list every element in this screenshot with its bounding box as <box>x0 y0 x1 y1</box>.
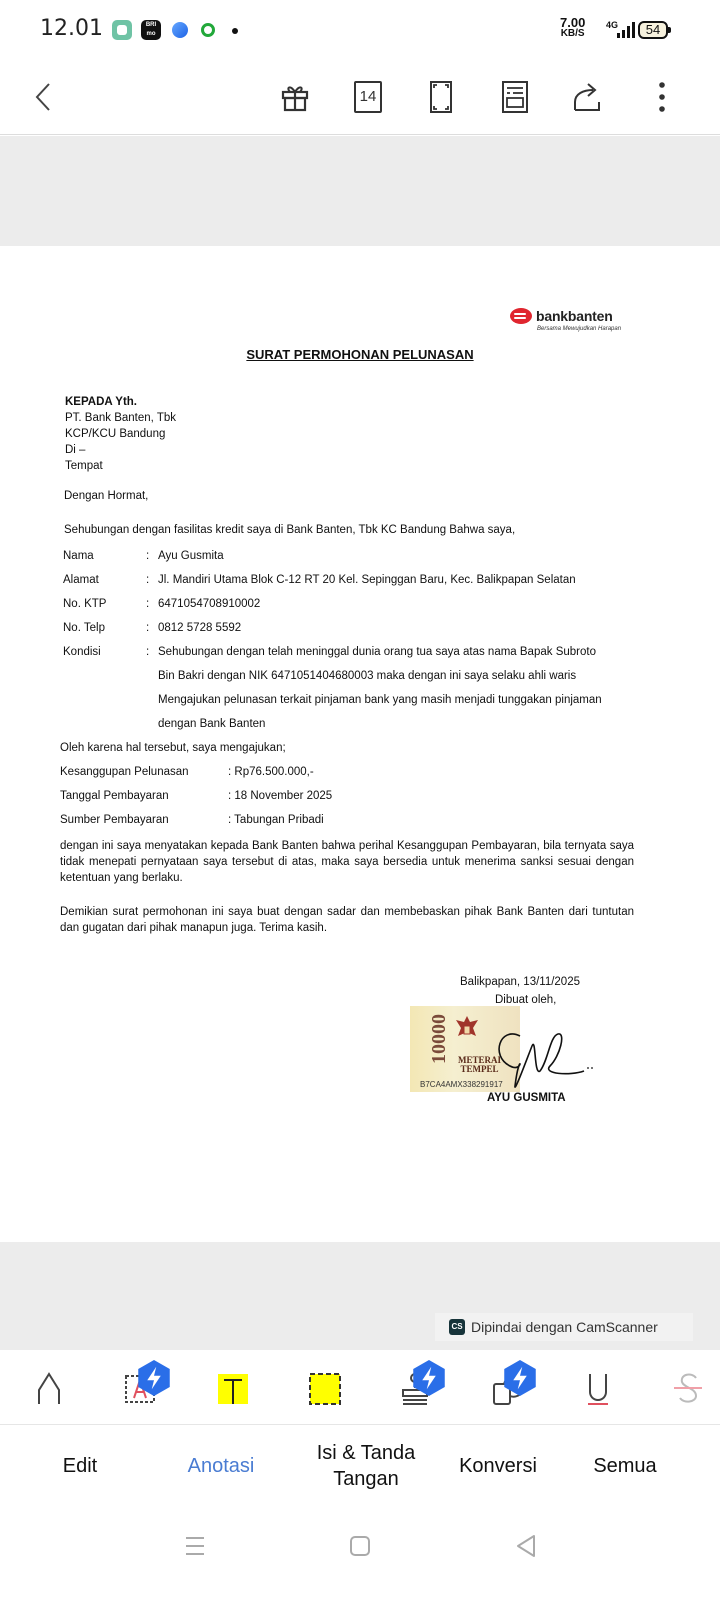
place-date: Balikpapan, 13/11/2025 <box>460 976 580 988</box>
back-triangle-icon <box>514 1534 538 1558</box>
gift-icon <box>278 80 312 114</box>
page-count-button[interactable]: 14 <box>348 77 388 117</box>
recipient-line: PT. Bank Banten, Tbk <box>65 410 176 426</box>
recipient-line: KCP/KCU Bandung <box>65 426 176 442</box>
field-label: No. Telp <box>63 622 105 634</box>
layout-button[interactable] <box>495 77 535 117</box>
recipient-line: Di – <box>65 442 176 458</box>
gift-button[interactable] <box>275 77 315 117</box>
camscanner-watermark: CS Dipindai dengan CamScanner <box>435 1313 693 1341</box>
blue-app-icon <box>172 22 188 38</box>
premium-badge-icon <box>411 1360 447 1396</box>
battery-icon: 54 <box>638 21 668 39</box>
payment-value: : Tabungan Pribadi <box>228 814 324 826</box>
tab-edit[interactable]: Edit <box>25 1426 135 1506</box>
home-button[interactable] <box>340 1526 380 1566</box>
more-icon <box>645 80 679 114</box>
highlight-text-tool[interactable] <box>210 1366 254 1410</box>
back-icon <box>27 80 61 114</box>
recent-apps-button[interactable] <box>175 1526 215 1566</box>
page-count-icon: 14 <box>354 81 382 113</box>
system-nav-bar <box>0 1506 720 1600</box>
shape-tool[interactable] <box>484 1366 528 1410</box>
field-value: 6471054708910002 <box>158 598 260 610</box>
recipient-line: KEPADA Yth. <box>65 394 176 410</box>
field-label: Kondisi <box>63 646 101 658</box>
share-button[interactable] <box>568 77 608 117</box>
pen-icon <box>31 1370 67 1406</box>
network-speed: 7.00 KB/S <box>560 17 585 39</box>
made-by: Dibuat oleh, <box>495 994 556 1006</box>
garuda-emblem-icon <box>454 1014 480 1046</box>
underline-tool[interactable] <box>576 1366 620 1410</box>
field-colon: : <box>146 574 149 586</box>
brimo-app-icon: BRI mo <box>141 20 161 40</box>
recipient-line: Tempat <box>65 458 176 474</box>
greeting: Dengan Hormat, <box>64 490 148 502</box>
bank-logo-tagline: Bersama Mewujudkan Harapan <box>537 326 621 332</box>
bank-logo: bankbanten <box>510 308 613 324</box>
payment-label: Tanggal Pembayaran <box>60 790 169 802</box>
payment-label: Sumber Pembayaran <box>60 814 169 826</box>
more-notifications-dot-icon <box>232 28 238 34</box>
field-colon: : <box>146 622 149 634</box>
recipient-block: KEPADA Yth. PT. Bank Banten, Tbk KCP/KCU… <box>65 394 176 474</box>
gojek-app-icon <box>201 23 215 37</box>
field-label: Alamat <box>63 574 99 586</box>
chat-app-icon <box>112 20 132 40</box>
crop-button[interactable] <box>421 77 461 117</box>
field-label: Nama <box>63 550 94 562</box>
letter: bankbanten Bersama Mewujudkan Harapan SU… <box>0 246 720 1242</box>
tab-anotasi[interactable]: Anotasi <box>166 1426 276 1506</box>
camscanner-icon: CS <box>449 1319 465 1335</box>
closing-paragraph: Demikian surat permohonan ini saya buat … <box>60 904 634 936</box>
more-button[interactable] <box>642 77 682 117</box>
highlight-text-icon <box>214 1370 250 1406</box>
crop-icon <box>424 80 458 114</box>
payment-label: Kesanggupan Pelunasan <box>60 766 189 778</box>
premium-badge-icon <box>502 1360 538 1396</box>
signature <box>480 1016 600 1096</box>
field-colon: : <box>146 646 149 658</box>
share-icon <box>571 80 605 114</box>
kondisi-line: Mengajukan pelunasan terkait pinjaman ba… <box>158 694 602 706</box>
kondisi-line: dengan Bank Banten <box>158 718 265 730</box>
tab-isi-tanda-tangan[interactable]: Isi & TandaTangan <box>296 1426 436 1506</box>
field-value: Jl. Mandiri Utama Blok C-12 RT 20 Kel. S… <box>158 574 576 586</box>
field-value: 0812 5728 5592 <box>158 622 241 634</box>
strikethrough-icon <box>670 1370 706 1406</box>
kondisi-line: Bin Bakri dengan NIK 6471051404680003 ma… <box>158 670 576 682</box>
underline-icon <box>580 1370 616 1406</box>
highlight-area-icon <box>306 1370 342 1406</box>
camscanner-text: Dipindai dengan CamScanner <box>471 1319 658 1335</box>
annotation-toolbar <box>0 1350 720 1425</box>
home-icon <box>348 1534 372 1558</box>
document-viewer[interactable]: bankbanten Bersama Mewujudkan Harapan SU… <box>0 136 720 1350</box>
field-colon: : <box>146 598 149 610</box>
system-back-button[interactable] <box>506 1526 546 1566</box>
statement-paragraph: dengan ini saya menyatakan kepada Bank B… <box>60 838 634 886</box>
text-box-tool[interactable] <box>118 1366 162 1410</box>
intro-text: Sehubungan dengan fasilitas kredit saya … <box>64 524 515 536</box>
bank-logo-text: bankbanten <box>536 308 613 324</box>
strikethrough-tool[interactable] <box>666 1366 710 1410</box>
field-label: No. KTP <box>63 598 106 610</box>
tab-semua[interactable]: Semua <box>570 1426 680 1506</box>
signer-name: AYU GUSMITA <box>487 1092 566 1104</box>
highlight-area-tool[interactable] <box>302 1366 346 1410</box>
signal-icon <box>617 22 639 38</box>
payment-value: : Rp76.500.000,- <box>228 766 314 778</box>
document-page[interactable]: bankbanten Bersama Mewujudkan Harapan SU… <box>0 246 720 1242</box>
field-value: Sehubungan dengan telah meninggal dunia … <box>158 646 596 658</box>
menu-icon <box>183 1534 207 1558</box>
therefore-text: Oleh karena hal tersebut, saya mengajuka… <box>60 742 286 754</box>
back-button[interactable] <box>24 77 64 117</box>
stamp-value: 10000 <box>428 1014 451 1064</box>
premium-badge-icon <box>136 1360 172 1396</box>
field-value: Ayu Gusmita <box>158 550 224 562</box>
layout-icon <box>498 80 532 114</box>
status-time: 12.01 <box>40 16 103 41</box>
field-colon: : <box>146 550 149 562</box>
payment-value: : 18 November 2025 <box>228 790 332 802</box>
letter-title: SURAT PERMOHONAN PELUNASAN <box>0 347 720 362</box>
network-speed-unit: KB/S <box>560 28 585 39</box>
tab-konversi[interactable]: Konversi <box>443 1426 553 1506</box>
network-speed-value: 7.00 <box>560 17 585 28</box>
pen-tool[interactable] <box>27 1366 71 1410</box>
bottom-tabs: Edit Anotasi Isi & TandaTangan Konversi … <box>0 1426 720 1506</box>
status-bar: 12.01 BRI mo 7.00 KB/S 4G 54 <box>0 0 720 60</box>
stamp-tool[interactable] <box>393 1366 437 1410</box>
top-toolbar: 14 <box>0 60 720 135</box>
bank-logo-icon <box>510 308 532 324</box>
